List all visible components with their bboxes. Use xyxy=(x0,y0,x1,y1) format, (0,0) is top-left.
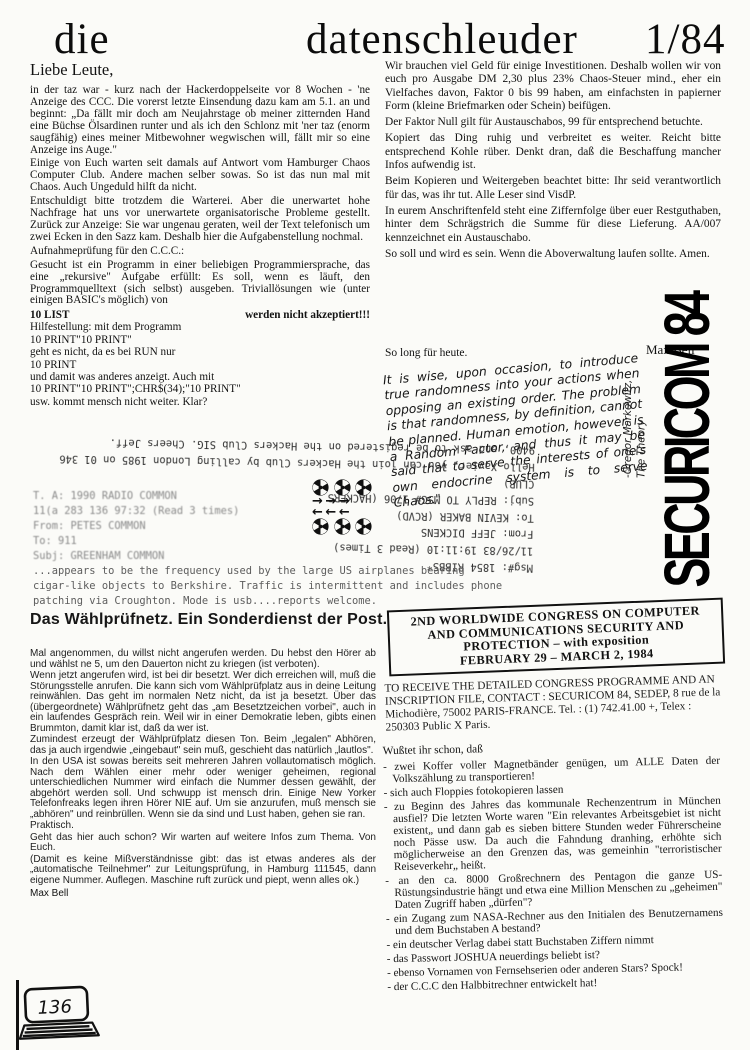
faded-telex-block: T. A: 1990 RADIO COMMON 11(a 283 136 97:… xyxy=(33,489,513,609)
reel-icon xyxy=(355,518,372,535)
issue-number: 1/84 xyxy=(645,18,725,61)
letter-column: Liebe Leute, in der taz war - kurz nach … xyxy=(30,60,370,408)
author-signature: Max Bell xyxy=(30,888,376,899)
quote-attribution-name: -Gregor Markowitz, xyxy=(622,352,636,478)
waehlpruefnetz-column: Mal angenommen, du willst nicht angerufe… xyxy=(30,649,376,899)
signoff-line: So long für heute. xyxy=(385,347,467,359)
basic-code: 10 PRINT xyxy=(30,359,370,371)
securicom-banner: SECURICOM 84 xyxy=(648,324,726,634)
basic-code: 10 PRINT"10 PRINT";CHR$(34);"10 PRINT" xyxy=(30,383,370,395)
letter-paragraph: Entschuldigt bitte trotzdem die Warterei… xyxy=(30,196,370,244)
arrows-left-icon: ← ← ← xyxy=(312,507,372,518)
letter-salutation: Liebe Leute, xyxy=(30,60,370,80)
faded-telex-line: T. A: 1990 RADIO COMMON xyxy=(33,489,513,504)
reel-icon-row xyxy=(312,518,372,535)
congress-contact: TO RECEIVE THE DETAILED CONGRESS PROGRAM… xyxy=(384,673,721,734)
money-paragraph: So soll und wird es sein. Wenn die Above… xyxy=(385,248,721,261)
article-heading: Das Wählprüfnetz. Ein Sonderdienst der P… xyxy=(30,611,387,629)
didyouknow-item: - zu Beginn des Jahres das kommunale Rec… xyxy=(384,795,722,873)
faded-telex-line: 11(a 283 136 97:32 (Read 3 times) xyxy=(33,504,513,519)
article-paragraph: Wenn jetzt angerufen wird, ist bei dir b… xyxy=(30,671,376,734)
reel-icon xyxy=(355,479,372,496)
money-paragraph: Der Faktor Null gilt für Austauschabos, … xyxy=(385,116,721,129)
article-paragraph: (Damit es keine Mißverständnisse gibt: d… xyxy=(30,855,376,887)
basic-list-line: 10 LIST werden nicht akzeptiert!!! xyxy=(30,309,370,321)
congress-ad-box: 2ND WORLDWIDE CONGRESS ON COMPUTER AND C… xyxy=(387,598,725,677)
basic-code: 10 PRINT"10 PRINT" xyxy=(30,334,370,346)
hint-line: Hilfestellung: mit dem Programm xyxy=(30,321,370,333)
article-paragraph: Zumindest erzeugt der Wählprüfplatz dies… xyxy=(30,735,376,756)
didyouknow-item: - an den ca. 8000 Großrechnern des Penta… xyxy=(385,869,723,911)
hint-line: geht es nicht, da es bei RUN nur xyxy=(30,346,370,358)
faded-telex-line: From: PETES COMMON xyxy=(33,519,513,534)
money-paragraph: Beim Kopieren und Weitergeben beachtet b… xyxy=(385,175,721,202)
reel-icon-grid: → → → ← ← ← xyxy=(312,479,372,535)
article-paragraph: Mal angenommen, du willst nicht angerufe… xyxy=(30,649,376,670)
magazine-page: die datenschleuder 1/84 Liebe Leute, in … xyxy=(0,0,750,1050)
letter-paragraph: Einige von Euch warten seit damals auf A… xyxy=(30,158,370,194)
quote-attribution: -Gregor Markowitz, The Theory xyxy=(622,352,649,478)
page-number: 136 xyxy=(37,996,72,1018)
hint-line: und damit was anderes anzeigt. Auch mit xyxy=(30,371,370,383)
hint-line: usw. kommt mensch nicht weiter. Klar? xyxy=(30,396,370,408)
faded-telex-line: To: 911 xyxy=(33,534,513,549)
faded-telex-line: Subj: GREENHAM COMMON xyxy=(33,549,513,564)
letter-paragraph: Gesucht ist ein Programm in einer belieb… xyxy=(30,260,370,308)
article-paragraph: Praktisch. xyxy=(30,821,376,832)
basic-code-note: werden nicht akzeptiert!!! xyxy=(245,309,370,321)
article-paragraph: In den USA ist sowas bereits seit mehrer… xyxy=(30,757,376,820)
basic-code: 10 LIST xyxy=(30,309,69,321)
didyouknow-item: - zwei Koffer voller Magnetbänder genüge… xyxy=(383,755,720,785)
masthead-word-main: datenschleuder xyxy=(306,18,578,61)
money-paragraph: In eurem Anschriftenfeld steht eine Ziff… xyxy=(385,205,721,245)
didyouknow-section: Wußtet ihr schon, daß - zwei Koffer voll… xyxy=(383,739,725,995)
letter-paragraph: in der taz war - kurz nach der Hackerdop… xyxy=(30,85,370,156)
securicom-banner-text: SECURICOM 84 xyxy=(648,371,726,588)
faded-telex-line: patching via Croughton. Mode is usb....r… xyxy=(33,594,513,609)
masthead-word-die: die xyxy=(54,18,110,61)
money-paragraph: Kopiert das Ding ruhig und verbreitet es… xyxy=(385,132,721,172)
didyouknow-item: - ein Zugang zum NASA-Rechner aus den In… xyxy=(386,907,723,937)
letter-paragraph: Aufnahmeprüfung für den C.C.C.: xyxy=(30,246,370,258)
article-paragraph: Geht das hier auch schon? Wir warten auf… xyxy=(30,833,376,854)
money-column: Wir brauchen viel Geld für einige Invest… xyxy=(385,60,721,264)
reel-icon xyxy=(312,518,329,535)
computer-doodle-icon: 136 xyxy=(17,984,102,1050)
faded-telex-line: ...appears to be the frequency used by t… xyxy=(33,564,513,579)
quote-attribution-work: The Theory xyxy=(636,352,650,478)
faded-telex-line: cigar-like objects to Berkshire. Traffic… xyxy=(33,579,513,594)
reel-icon xyxy=(334,518,351,535)
money-paragraph: Wir brauchen viel Geld für einige Invest… xyxy=(385,60,721,113)
